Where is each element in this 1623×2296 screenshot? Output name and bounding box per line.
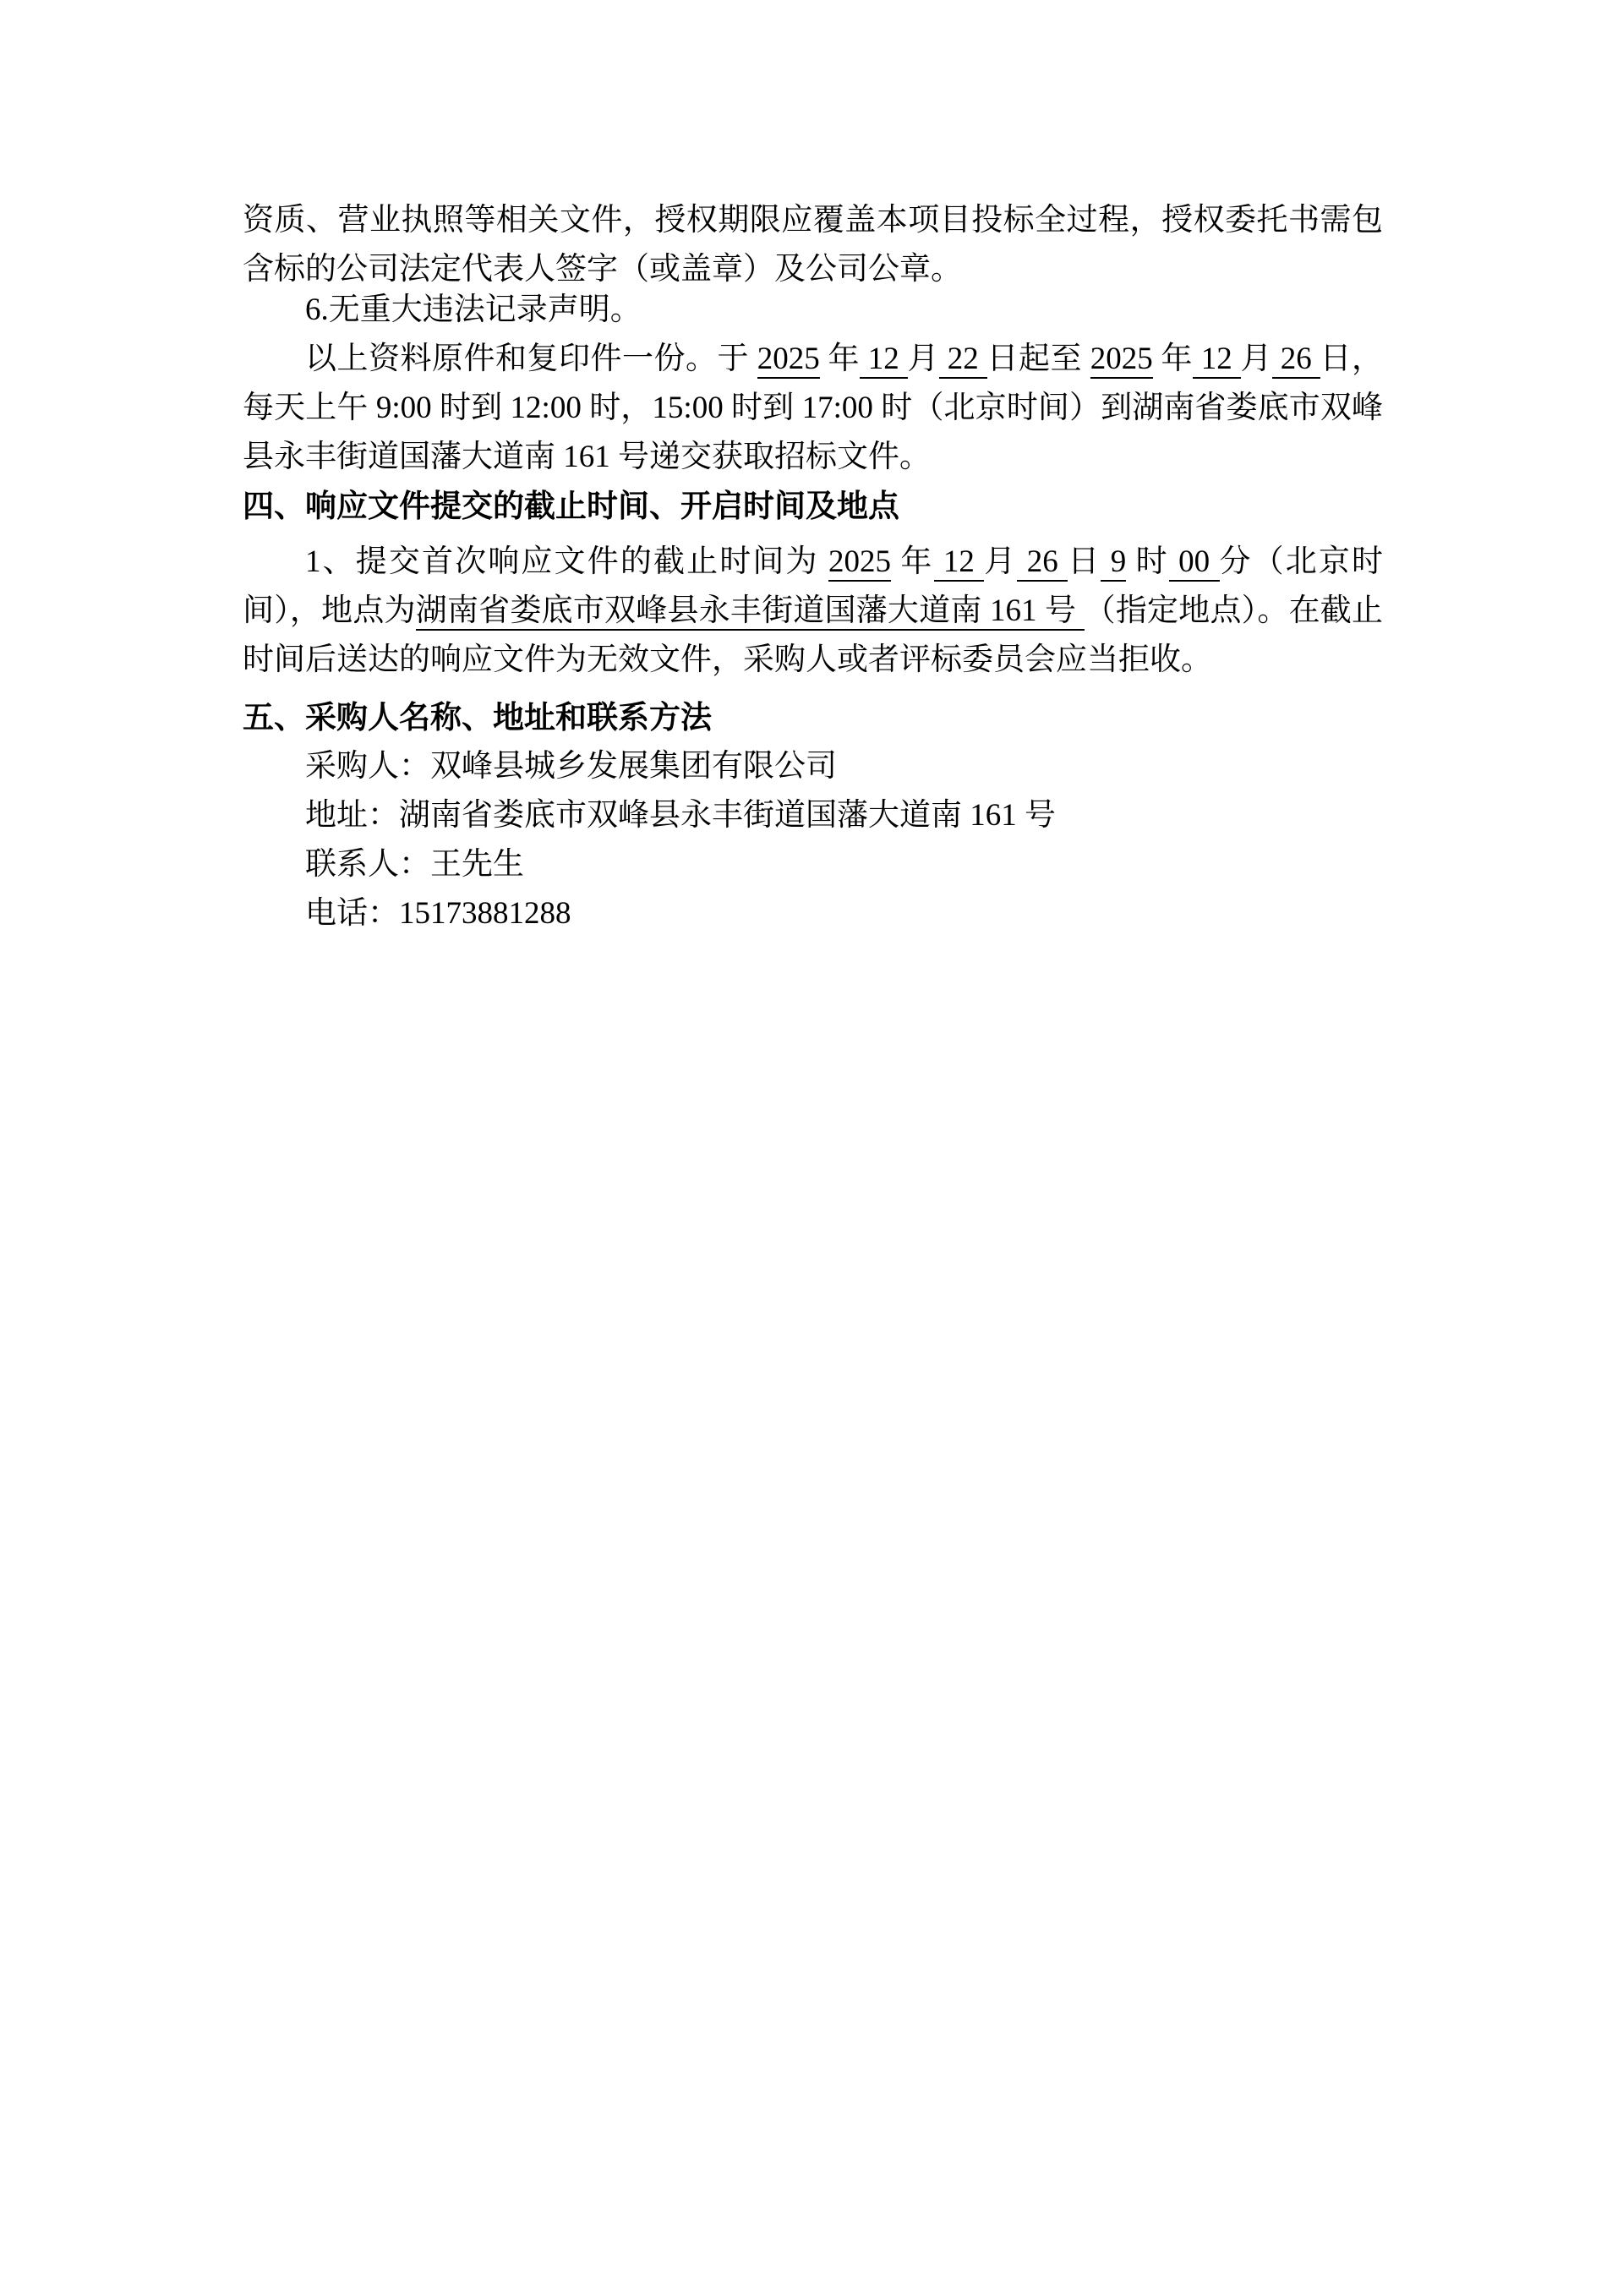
underlined-fill-in-text: 12: [1193, 342, 1241, 379]
text-run: 四、响应文件提交的截止时间、开启时间及地点: [243, 489, 899, 523]
underlined-fill-in-text: 12: [860, 342, 908, 379]
paragraph-document-collection-period: 以上资料原件和复印件一份。于 2025 年 12 月 22 日起至 2025 年…: [243, 335, 1383, 482]
text-run: 月: [1241, 342, 1273, 376]
underlined-fill-in-text: 00: [1169, 544, 1220, 582]
underlined-fill-in-text: 9: [1101, 544, 1126, 582]
line-purchaser-name: 采购人：双峰县城乡发展集团有限公司: [243, 742, 1383, 791]
text-run: 五、采购人名称、地址和联系方法: [243, 700, 712, 735]
text-run: 以上资料原件和复印件一份。于: [305, 342, 757, 376]
heading-section-four-submission-deadline: 四、响应文件提交的截止时间、开启时间及地点: [243, 482, 1383, 531]
text-run: 年: [891, 544, 934, 579]
paragraph-qualification-documents: 资质、营业执照等相关文件，授权期限应覆盖本项目投标全过程，授权委托书需包含标的公…: [243, 196, 1383, 294]
text-run: 月: [984, 544, 1017, 579]
text-run: 6.无重大违法记录声明。: [305, 292, 642, 327]
line-contact-phone: 电话：15173881288: [243, 889, 1383, 938]
underlined-fill-in-text: 2025: [828, 544, 891, 582]
underlined-fill-in-text: 湖南省娄底市双峰县永丰街道国藩大道南 161 号: [416, 593, 1085, 631]
text-run: 日起至: [987, 342, 1090, 376]
text-run: 1、提交首次响应文件的截止时间为: [305, 544, 828, 579]
underlined-fill-in-text: 2025: [757, 342, 820, 379]
text-run: 电话：15173881288: [305, 896, 571, 931]
text-run: 资质、营业执照等相关文件，授权期限应覆盖本项目投标全过程，授权委托书需包含标的公…: [243, 203, 1383, 287]
text-run: 年: [820, 342, 860, 376]
line-contact-person: 联系人：王先生: [243, 840, 1383, 889]
line-purchaser-address: 地址：湖南省娄底市双峰县永丰街道国藩大道南 161 号: [243, 791, 1383, 840]
text-run: 日: [1068, 544, 1101, 579]
text-run: 时: [1126, 544, 1169, 579]
text-run: 联系人：王先生: [305, 847, 524, 882]
underlined-fill-in-text: 26: [1017, 544, 1068, 582]
text-run: 年: [1153, 342, 1193, 376]
underlined-fill-in-text: 2025: [1090, 342, 1153, 379]
document-content: 资质、营业执照等相关文件，授权期限应覆盖本项目投标全过程，授权委托书需包含标的公…: [243, 196, 1383, 938]
heading-section-five-purchaser-info: 五、采购人名称、地址和联系方法: [243, 693, 1383, 742]
underlined-fill-in-text: 12: [934, 544, 985, 582]
underlined-fill-in-text: 22: [939, 342, 987, 379]
text-run: 月: [908, 342, 940, 376]
text-run: 地址：湖南省娄底市双峰县永丰街道国藩大道南 161 号: [305, 798, 1056, 833]
text-run: 采购人：双峰县城乡发展集团有限公司: [305, 749, 837, 784]
underlined-fill-in-text: 26: [1272, 342, 1320, 379]
document-page: 资质、营业执照等相关文件，授权期限应覆盖本项目投标全过程，授权委托书需包含标的公…: [0, 0, 1623, 2296]
paragraph-submission-deadline-detail: 1、提交首次响应文件的截止时间为 2025 年 12 月 26 日 9 时 00…: [243, 538, 1383, 685]
